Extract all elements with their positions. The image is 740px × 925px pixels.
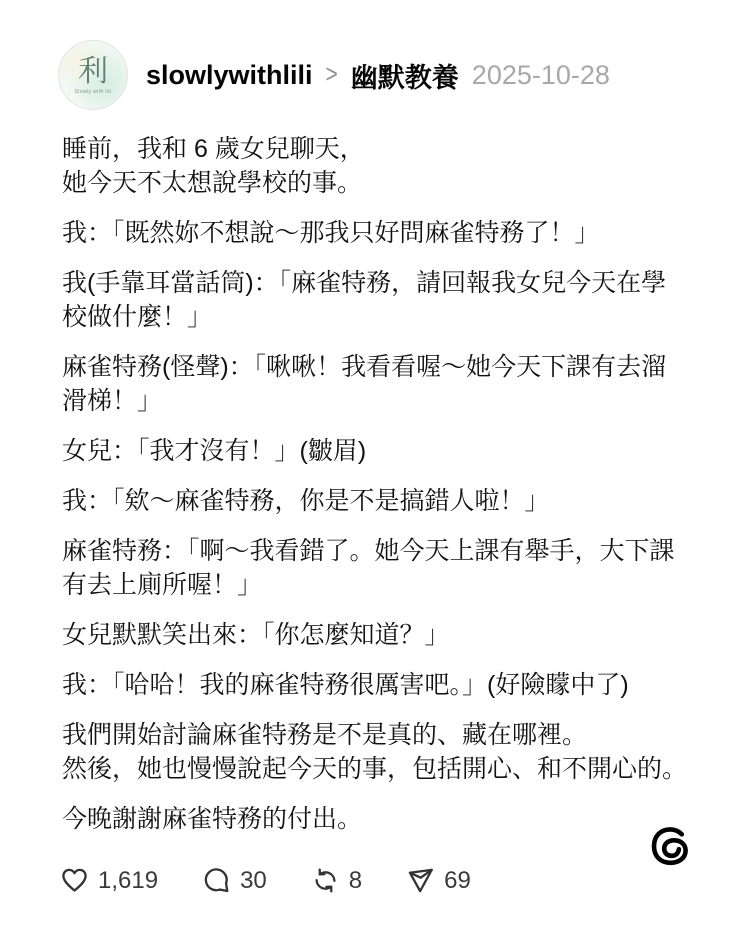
board-link[interactable]: 幽默教養 bbox=[351, 56, 459, 95]
username-link[interactable]: slowlywithlili bbox=[146, 60, 313, 91]
share-icon bbox=[406, 866, 435, 895]
repost-button[interactable]: 8 bbox=[311, 866, 362, 895]
post-paragraph: 麻雀特務(怪聲)：「啾啾！我看看喔～她今天下課有去溜 滑梯！」 bbox=[62, 350, 694, 418]
repost-icon bbox=[311, 866, 340, 895]
avatar[interactable]: 利 Slowly with lili bbox=[58, 40, 128, 110]
post-paragraph: 我：「哈哈！我的麻雀特務很厲害吧。」(好險矇中了) bbox=[62, 668, 694, 702]
post-paragraph: 睡前，我和 6 歲女兒聊天， 她今天不太想說學校的事。 bbox=[62, 132, 694, 200]
post-paragraph: 今晚謝謝麻雀特務的付出。 bbox=[62, 802, 694, 836]
heart-icon bbox=[60, 866, 89, 895]
avatar-monogram: 利 bbox=[78, 56, 108, 88]
post-paragraph: 女兒默默笑出來：「你怎麼知道？」 bbox=[62, 618, 694, 652]
threads-post: 利 Slowly with lili slowlywithlili > 幽默教養… bbox=[0, 0, 740, 925]
action-bar: 1,619 30 8 bbox=[0, 852, 740, 895]
post-date: 2025-10-28 bbox=[472, 60, 610, 91]
post-paragraph: 我們開始討論麻雀特務是不是真的、藏在哪裡。 然後，她也慢慢說起今天的事，包括開心… bbox=[62, 718, 694, 786]
post-paragraph: 我：「欸～麻雀特務，你是不是搞錯人啦！」 bbox=[62, 484, 694, 518]
share-button[interactable]: 69 bbox=[406, 866, 471, 895]
avatar-caption: Slowly with lili bbox=[75, 89, 112, 95]
share-count: 69 bbox=[444, 867, 471, 895]
reply-count: 30 bbox=[240, 867, 267, 895]
like-count: 1,619 bbox=[98, 867, 158, 895]
chevron-right-icon: > bbox=[326, 60, 338, 90]
like-button[interactable]: 1,619 bbox=[60, 866, 158, 895]
repost-count: 8 bbox=[349, 867, 362, 895]
post-paragraph: 我：「既然妳不想說～那我只好問麻雀特務了！」 bbox=[62, 216, 694, 250]
post-paragraph: 我(手靠耳當話筒)：「麻雀特務，請回報我女兒今天在學 校做什麼！」 bbox=[62, 266, 694, 334]
post-paragraph: 麻雀特務：「啊～我看錯了。她今天上課有舉手，大下課 有去上廁所喔！」 bbox=[62, 534, 694, 602]
header-line: slowlywithlili > 幽默教養 2025-10-28 bbox=[146, 56, 610, 95]
comment-icon bbox=[202, 866, 231, 895]
post-paragraph: 女兒：「我才沒有！」(皺眉) bbox=[62, 434, 694, 468]
post-body: 睡前，我和 6 歲女兒聊天， 她今天不太想說學校的事。 我：「既然妳不想說～那我… bbox=[0, 110, 740, 836]
post-header: 利 Slowly with lili slowlywithlili > 幽默教養… bbox=[0, 0, 740, 110]
reply-button[interactable]: 30 bbox=[202, 866, 267, 895]
threads-logo-icon[interactable] bbox=[647, 820, 695, 877]
